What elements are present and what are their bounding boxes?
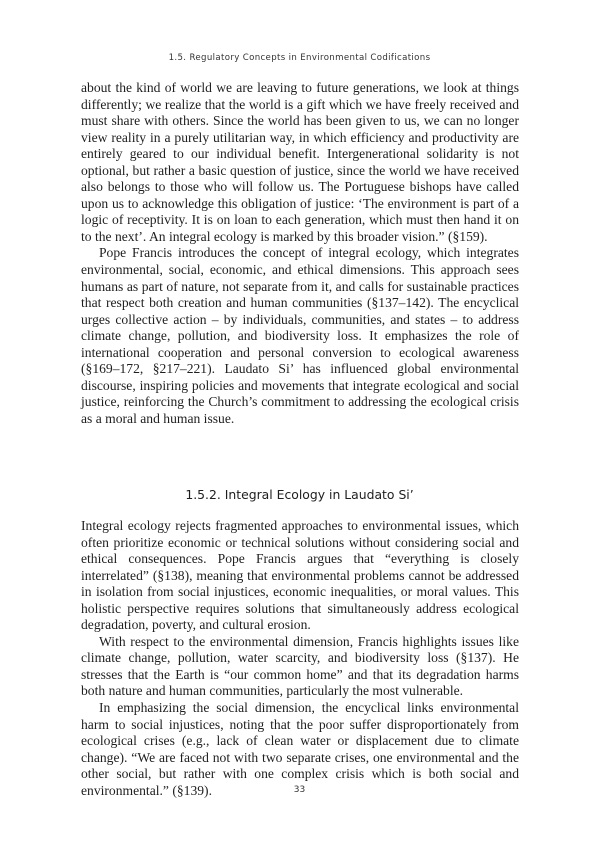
paragraph-fragmented-approaches: Integral ecology rejects fragmented appr… xyxy=(81,518,519,634)
section-heading: 1.5.2. Integral Ecology in Laudato Si’ xyxy=(0,487,599,502)
paragraph-continued-quote: about the kind of world we are leaving t… xyxy=(81,80,519,245)
document-page: 1.5. Regulatory Concepts in Environmenta… xyxy=(0,0,599,854)
body-text-block-1: about the kind of world we are leaving t… xyxy=(81,80,519,427)
paragraph-integral-ecology-intro: Pope Francis introduces the concept of i… xyxy=(81,245,519,427)
paragraph-environmental-dimension: With respect to the environmental dimens… xyxy=(81,634,519,700)
running-header: 1.5. Regulatory Concepts in Environmenta… xyxy=(0,53,599,63)
page-number: 33 xyxy=(0,785,599,795)
body-text-block-2: Integral ecology rejects fragmented appr… xyxy=(81,518,519,799)
